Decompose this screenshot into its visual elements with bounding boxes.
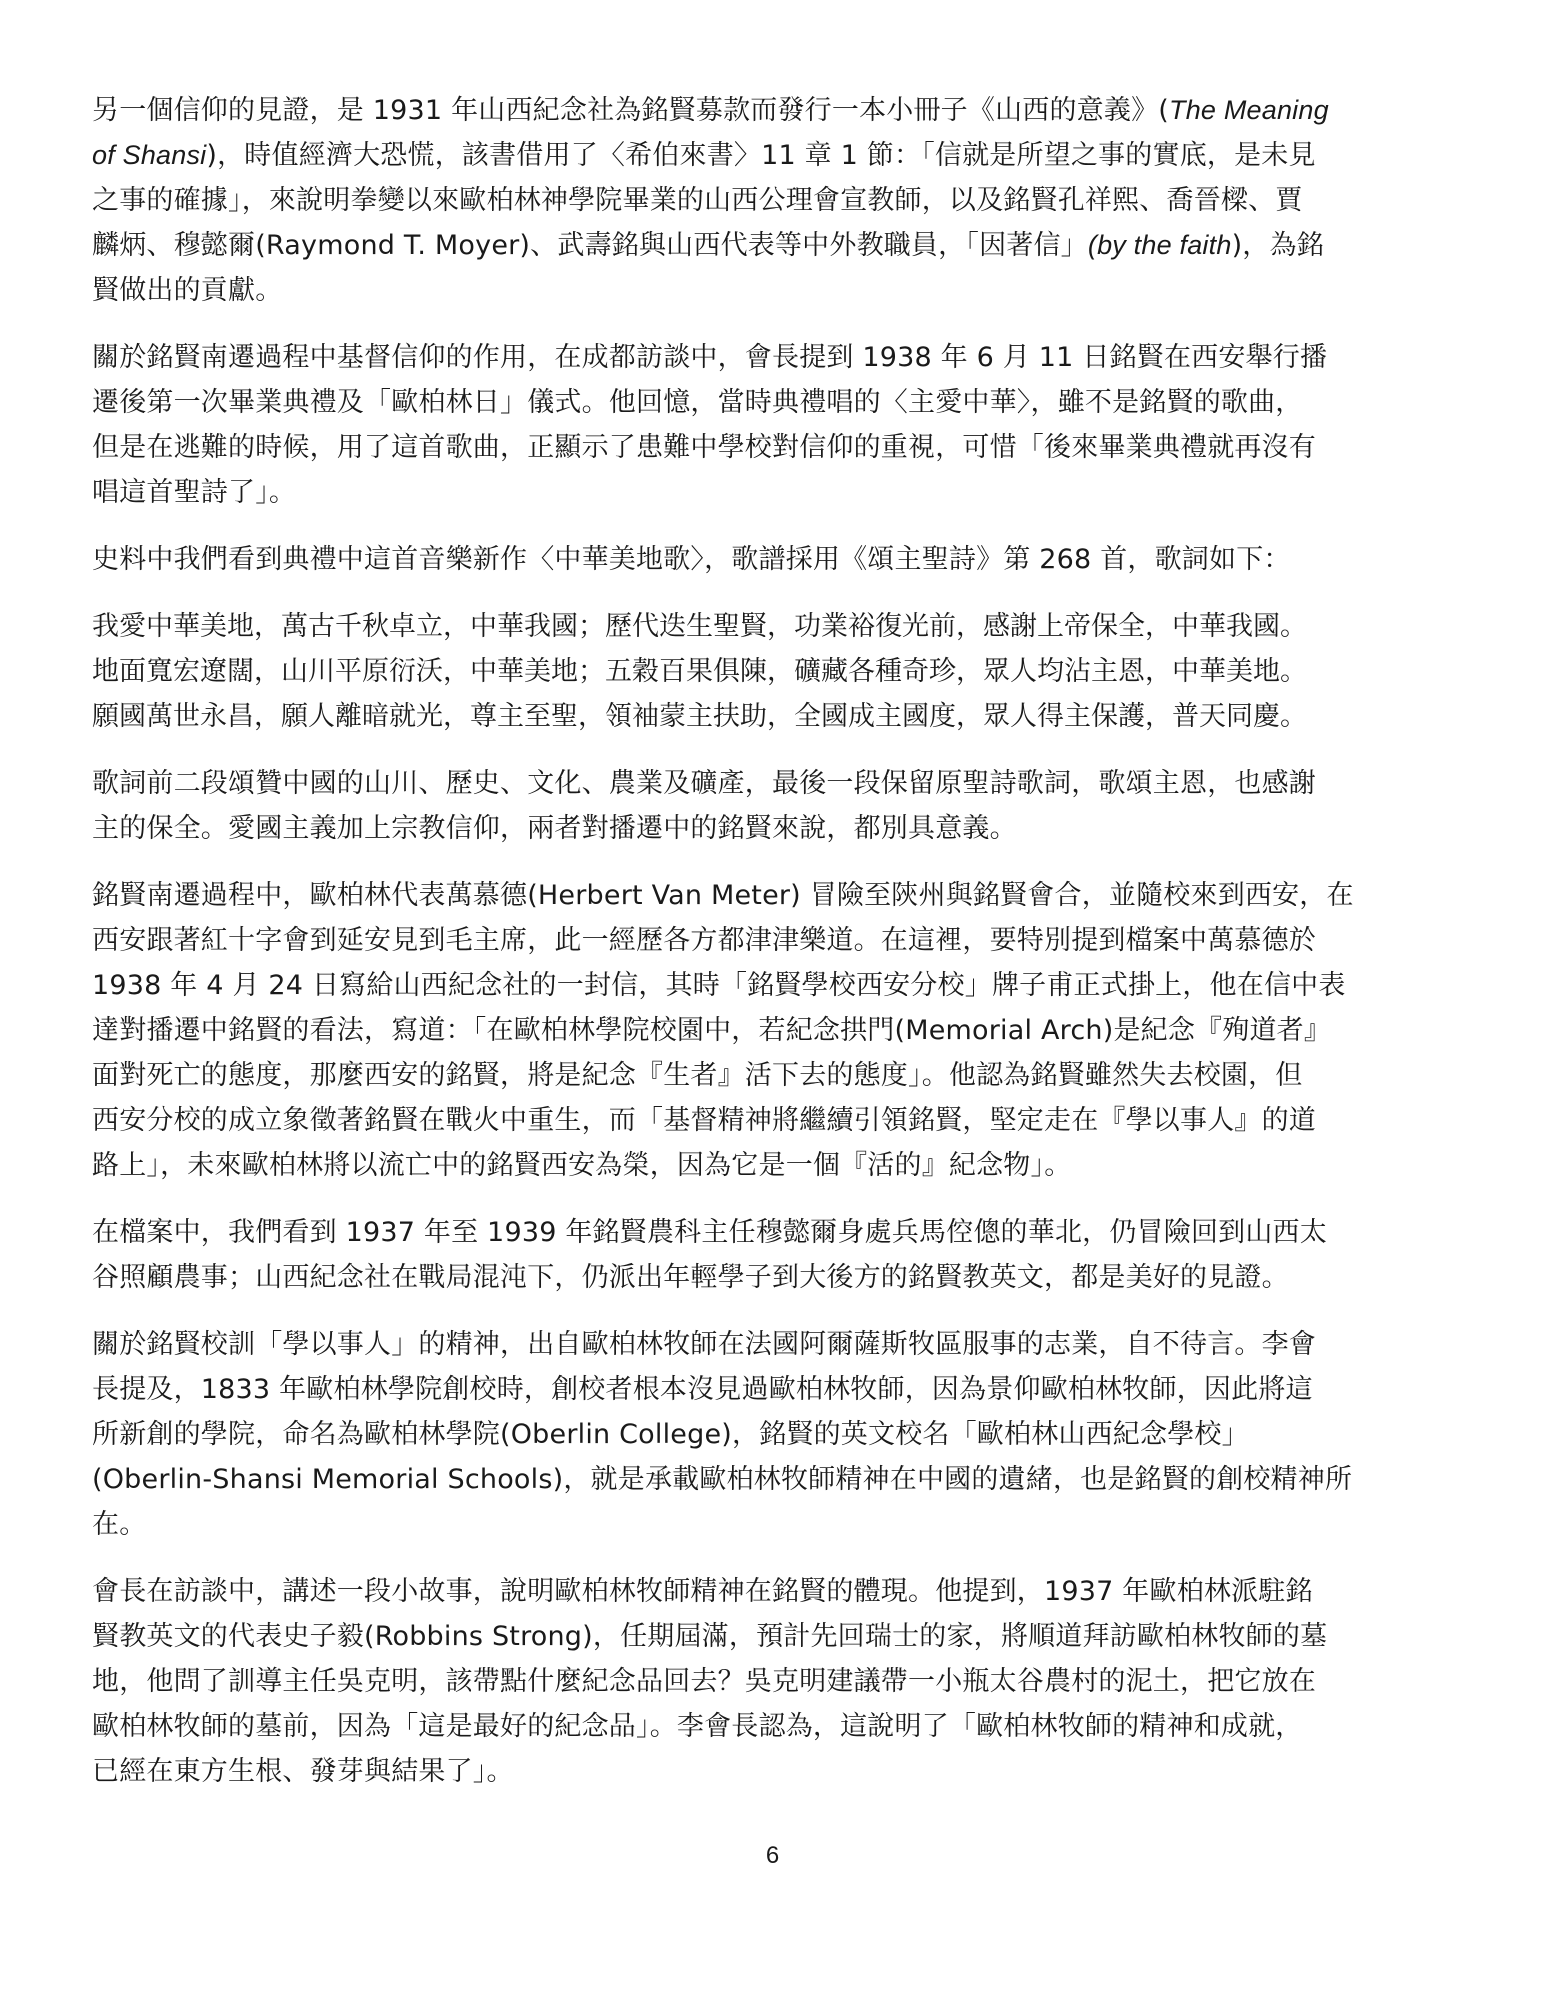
text-line: 會長在訪談中，講述一段小故事，說明歐柏林牧師精神在銘賢的體現。他提到，1937 … [92, 1569, 1452, 1614]
italic-title: The Meaning [1169, 95, 1329, 125]
text-line: 地，他問了訓導主任吳克明，該帶點什麼紀念品回去？吳克明建議帶一小瓶太谷農村的泥土… [92, 1659, 1452, 1704]
text-line: 銘賢南遷過程中，歐柏林代表萬慕德(Herbert Van Meter) 冒險至陝… [92, 873, 1452, 918]
text-line: 歐柏林牧師的墓前，因為「這是最好的紀念品」。李會長認為，這說明了「歐柏林牧師的精… [92, 1704, 1452, 1749]
text-line: 所新創的學院，命名為歐柏林學院(Oberlin College)，銘賢的英文校名… [92, 1412, 1452, 1457]
paragraph-school-motto: 關於銘賢校訓「學以事人」的精神，出自歐柏林牧師在法國阿爾薩斯牧區服事的志業，自不… [92, 1322, 1452, 1547]
paragraph-song-intro: 史料中我們看到典禮中這首音樂新作〈中華美地歌〉，歌譜採用《頌主聖詩》第 268 … [92, 537, 1452, 582]
italic-phrase: (by the faith [1088, 230, 1232, 260]
paragraph-van-meter-letter: 銘賢南遷過程中，歐柏林代表萬慕德(Herbert Van Meter) 冒險至陝… [92, 873, 1452, 1188]
paragraph-soil-story: 會長在訪談中，講述一段小故事，說明歐柏林牧師精神在銘賢的體現。他提到，1937 … [92, 1569, 1452, 1794]
song-lyrics: 我愛中華美地，萬古千秋卓立，中華我國；歷代迭生聖賢，功業裕復光前，感謝上帝保全，… [92, 604, 1452, 739]
text-line: 西安跟著紅十字會到延安見到毛主席，此一經歷各方都津津樂道。在這裡，要特別提到檔案… [92, 918, 1452, 963]
text-line: 谷照顧農事；山西紀念社在戰局混沌下，仍派出年輕學子到大後方的銘賢教英文，都是美好… [92, 1255, 1452, 1300]
text-line: 西安分校的成立象徵著銘賢在戰火中重生，而「基督精神將繼續引領銘賢，堅定走在『學以… [92, 1098, 1452, 1143]
text-line: 已經在東方生根、發芽與結果了」。 [92, 1749, 1452, 1794]
italic-title: of Shansi [92, 140, 206, 170]
paragraph-archive-testimony: 在檔案中，我們看到 1937 年至 1939 年銘賢農科主任穆懿爾身處兵馬倥傯的… [92, 1210, 1452, 1300]
text-line: 1938 年 4 月 24 日寫給山西紀念社的一封信，其時「銘賢學校西安分校」牌… [92, 963, 1452, 1008]
text-line: (Oberlin-Shansi Memorial Schools)，就是承載歐柏… [92, 1457, 1452, 1502]
text-line: 史料中我們看到典禮中這首音樂新作〈中華美地歌〉，歌譜採用《頌主聖詩》第 268 … [92, 537, 1452, 582]
document-page: 另一個信仰的見證，是 1931 年山西紀念社為銘賢募款而發行一本小冊子《山西的意… [92, 88, 1452, 1816]
text-line: 關於銘賢南遷過程中基督信仰的作用，在成都訪談中，會長提到 1938 年 6 月 … [92, 335, 1452, 380]
text-line: 在。 [92, 1502, 1452, 1547]
page-number: 6 [0, 1842, 1545, 1870]
lyric-line: 地面寬宏遼闊，山川平原衍沃，中華美地；五穀百果俱陳，礦藏各種奇珍，眾人均沾主恩，… [92, 649, 1452, 694]
text-line: of Shansi)，時值經濟大恐慌，該書借用了〈希伯來書〉11 章 1 節：「… [92, 133, 1452, 178]
paragraph-graduation-ceremony: 關於銘賢南遷過程中基督信仰的作用，在成都訪談中，會長提到 1938 年 6 月 … [92, 335, 1452, 515]
text-line: 面對死亡的態度，那麼西安的銘賢，將是紀念『生者』活下去的態度」。他認為銘賢雖然失… [92, 1053, 1452, 1098]
text-line: 在檔案中，我們看到 1937 年至 1939 年銘賢農科主任穆懿爾身處兵馬倥傯的… [92, 1210, 1452, 1255]
text-line: 但是在逃難的時候，用了這首歌曲，正顯示了患難中學校對信仰的重視，可惜「後來畢業典… [92, 425, 1452, 470]
text-line: 主的保全。愛國主義加上宗教信仰，兩者對播遷中的銘賢來說，都別具意義。 [92, 806, 1452, 851]
text-line: 路上」，未來歐柏林將以流亡中的銘賢西安為榮，因為它是一個『活的』紀念物」。 [92, 1143, 1452, 1188]
text-line: 賢教英文的代表史子毅(Robbins Strong)，任期屆滿，預計先回瑞士的家… [92, 1614, 1452, 1659]
text-line: 麟炳、穆懿爾(Raymond T. Moyer)、武壽銘與山西代表等中外教職員，… [92, 223, 1452, 268]
text-line: 長提及，1833 年歐柏林學院創校時，創校者根本沒見過歐柏林牧師，因為景仰歐柏林… [92, 1367, 1452, 1412]
text-line: 賢做出的貢獻。 [92, 268, 1452, 313]
text-line: 唱這首聖詩了」。 [92, 470, 1452, 515]
lyric-line: 願國萬世永昌，願人離暗就光，尊主至聖，領袖蒙主扶助，全國成主國度，眾人得主保護，… [92, 694, 1452, 739]
lyric-line: 我愛中華美地，萬古千秋卓立，中華我國；歷代迭生聖賢，功業裕復光前，感謝上帝保全，… [92, 604, 1452, 649]
paragraph-lyrics-commentary: 歌詞前二段頌贊中國的山川、歷史、文化、農業及礦產，最後一段保留原聖詩歌詞，歌頌主… [92, 761, 1452, 851]
text-line: 關於銘賢校訓「學以事人」的精神，出自歐柏林牧師在法國阿爾薩斯牧區服事的志業，自不… [92, 1322, 1452, 1367]
text-line: 達對播遷中銘賢的看法，寫道：「在歐柏林學院校園中，若紀念拱門(Memorial … [92, 1008, 1452, 1053]
text-line: 歌詞前二段頌贊中國的山川、歷史、文化、農業及礦產，最後一段保留原聖詩歌詞，歌頌主… [92, 761, 1452, 806]
text-line: 遷後第一次畢業典禮及「歐柏林日」儀式。他回憶，當時典禮唱的〈主愛中華〉，雖不是銘… [92, 380, 1452, 425]
text-line: 另一個信仰的見證，是 1931 年山西紀念社為銘賢募款而發行一本小冊子《山西的意… [92, 88, 1452, 133]
text-line: 之事的確據」，來說明拳變以來歐柏林神學院畢業的山西公理會宣教師，以及銘賢孔祥熙、… [92, 178, 1452, 223]
paragraph-faith-testimony: 另一個信仰的見證，是 1931 年山西紀念社為銘賢募款而發行一本小冊子《山西的意… [92, 88, 1452, 313]
